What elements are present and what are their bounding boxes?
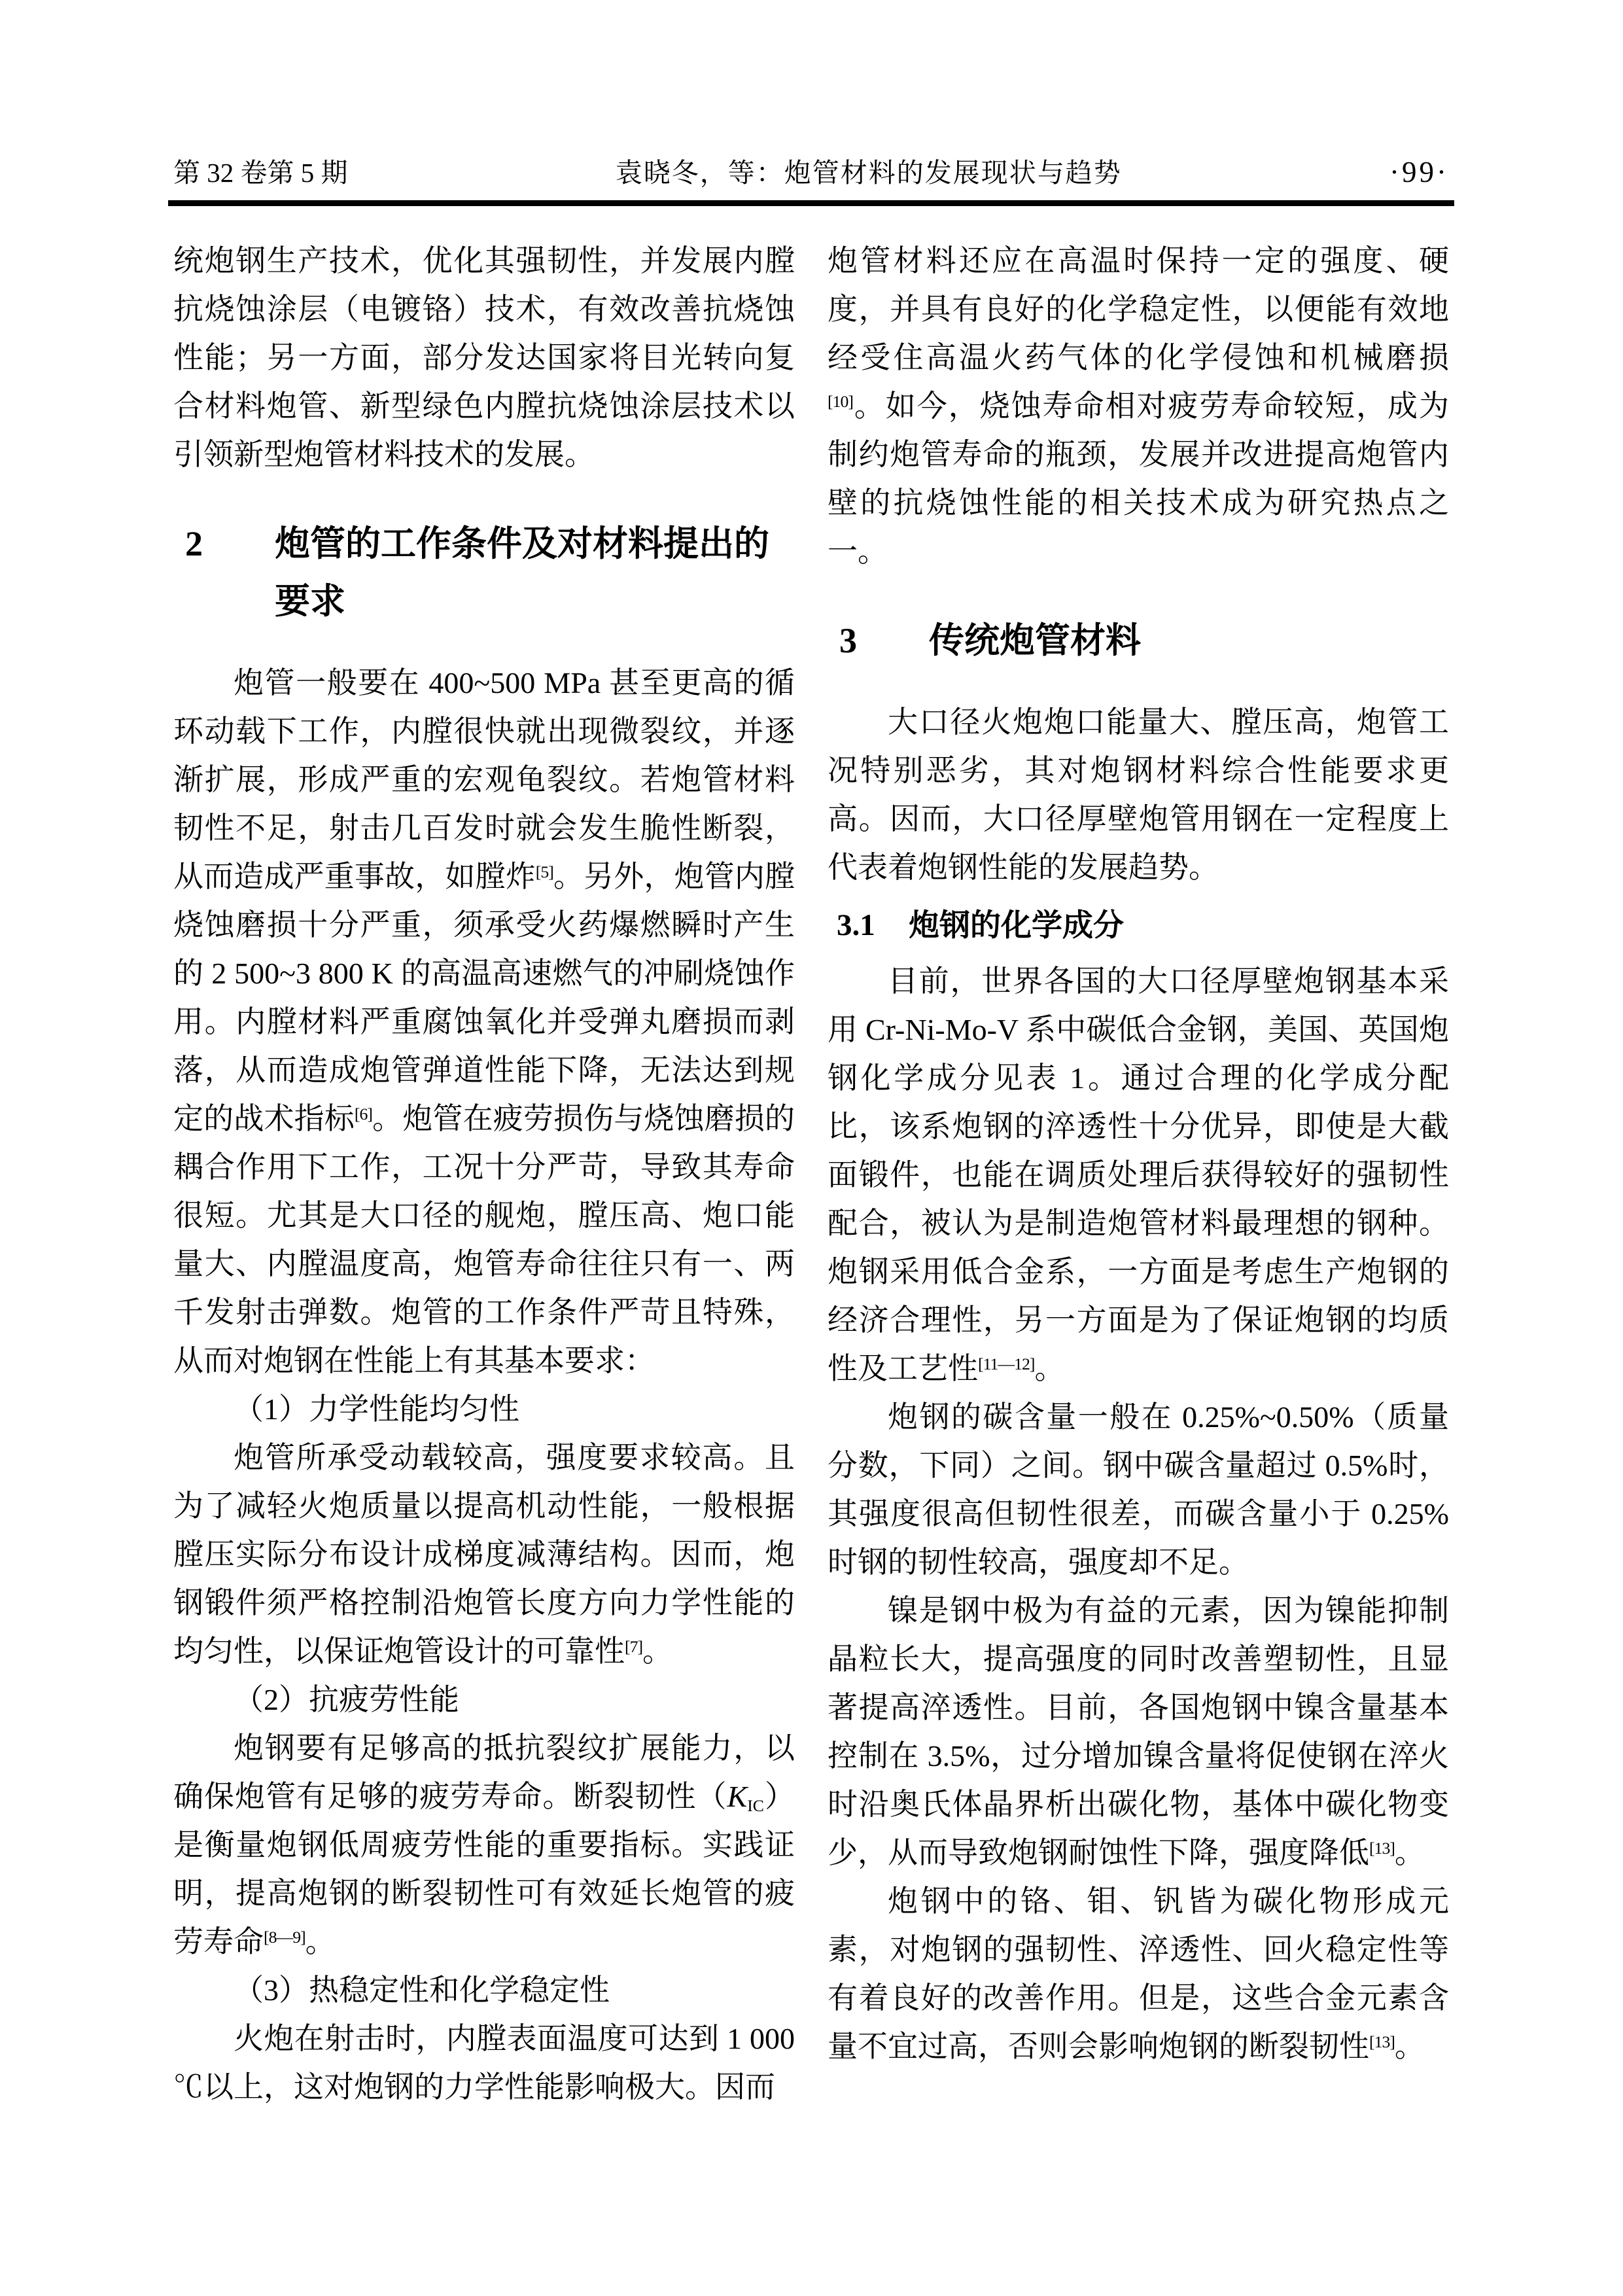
- reference-marker: [8—9]: [264, 1928, 305, 1947]
- subscript-text: IC: [747, 1796, 764, 1815]
- text-run: 。: [642, 1634, 672, 1668]
- reference-marker: [6]: [355, 1104, 372, 1123]
- text-run: 炮管一般要在 400~500 MPa 甚至更高的循环动载下工作，内膛很快就出现微…: [173, 666, 795, 893]
- section-number: 3.1: [828, 902, 909, 948]
- reference-marker: [5]: [536, 862, 553, 881]
- right-column: 炮管材料还应在高温时保持一定的强度、硬度，并具有良好的化学稳定性，以便能有效地经…: [828, 237, 1449, 2071]
- running-title: 袁晓冬，等：炮管材料的发展现状与趋势: [616, 157, 1122, 189]
- paragraph: 炮管一般要在 400~500 MPa 甚至更高的循环动载下工作，内膛很快就出现微…: [173, 659, 795, 1385]
- text-run: 大口径火炮炮口能量大、膛压高，炮管工况特别恶劣，其对炮钢材料综合性能要求更高。因…: [828, 705, 1449, 884]
- section-title: 炮钢的化学成分: [909, 902, 1449, 948]
- text-run: 炮管所承受动载较高，强度要求较高。且为了减轻火炮质量以提高机动性能，一般根据膛压…: [173, 1441, 795, 1668]
- paragraph: 镍是钢中极为有益的元素，因为镍能抑制晶粒长大，提高强度的同时改善塑韧性，且显著提…: [828, 1587, 1449, 1877]
- text-run: 炮管材料还应在高温时保持一定的强度、硬度，并具有良好的化学稳定性，以便能有效地经…: [828, 244, 1449, 374]
- text-run: 传统炮管材料: [929, 621, 1141, 660]
- page-header: 第 32 卷第 5 期 袁晓冬，等：炮管材料的发展现状与趋势 ·99·: [173, 154, 1449, 190]
- text-run: 。: [1395, 1836, 1425, 1869]
- text-run: 。如今，烧蚀寿命相对疲劳寿命较短，成为制约炮管寿命的瓶颈，发展并改进提高炮管内壁…: [828, 389, 1449, 568]
- paragraph: 炮钢的碳含量一般在 0.25%~0.50%（质量分数，下同）之间。钢中碳含量超过…: [828, 1393, 1449, 1587]
- item-heading: （3）热稳定性和化学稳定性: [173, 1966, 795, 2015]
- section-number: 3: [828, 612, 929, 669]
- text-run: 炮钢的碳含量一般在 0.25%~0.50%（质量分数，下同）之间。钢中碳含量超过…: [828, 1400, 1449, 1579]
- text-run: 炮钢中的铬、钼、钒皆为碳化物形成元素，对炮钢的强韧性、淬透性、回火稳定性等有着良…: [828, 1884, 1449, 2063]
- section-heading: 3传统炮管材料: [828, 612, 1449, 669]
- paragraph: 统炮钢生产技术，优化其强韧性，并发展内膛抗烧蚀涂层（电镀铬）技术，有效改善抗烧蚀…: [173, 237, 795, 479]
- text-run: 目前，世界各国的大口径厚壁炮钢基本采用 Cr-Ni-Mo-V 系中碳低合金钢，美…: [828, 964, 1449, 1385]
- section-number: 2: [173, 515, 275, 630]
- reference-marker: [11—12]: [978, 1354, 1034, 1373]
- reference-marker: [7]: [625, 1637, 642, 1656]
- text-run: 炮钢要有足够高的抵抗裂纹扩展能力，以确保炮管有足够的疲劳寿命。断裂韧性（: [173, 1731, 795, 1813]
- journal-volume-issue: 第 32 卷第 5 期: [173, 157, 348, 189]
- text-run: 。: [305, 1925, 336, 1958]
- text-run: 。另外，炮管内膛烧蚀磨损十分严重，须承受火药爆燃瞬时产生的 2 500~3 80…: [173, 860, 795, 1135]
- text-run: 统炮钢生产技术，优化其强韧性，并发展内膛抗烧蚀涂层（电镀铬）技术，有效改善抗烧蚀…: [173, 244, 795, 471]
- paragraph: 炮管所承受动载较高，强度要求较高。且为了减轻火炮质量以提高机动性能，一般根据膛压…: [173, 1434, 795, 1676]
- section-title: 传统炮管材料: [929, 612, 1449, 669]
- text-run: （2）抗疲劳性能: [234, 1683, 459, 1716]
- paragraph: 大口径火炮炮口能量大、膛压高，炮管工况特别恶劣，其对炮钢材料综合性能要求更高。因…: [828, 698, 1449, 892]
- text-run: （3）热稳定性和化学稳定性: [234, 1973, 610, 2007]
- section-title: 炮管的工作条件及对材料提出的要求: [275, 515, 795, 630]
- text-run: 火炮在射击时，内膛表面温度可达到 1 000 ℃以上，这对炮钢的力学性能影响极大…: [173, 2022, 795, 2104]
- journal-page: 第 32 卷第 5 期 袁晓冬，等：炮管材料的发展现状与趋势 ·99· 统炮钢生…: [0, 0, 1623, 2296]
- text-run: 炮钢的化学成分: [909, 908, 1124, 942]
- subsection-heading: 3.1炮钢的化学成分: [828, 902, 1449, 948]
- paragraph: 目前，世界各国的大口径厚壁炮钢基本采用 Cr-Ni-Mo-V 系中碳低合金钢，美…: [828, 957, 1449, 1393]
- text-run: 炮管的工作条件及对材料提出的要求: [275, 524, 769, 621]
- header-divider: [168, 200, 1454, 206]
- reference-marker: [10]: [828, 392, 853, 411]
- text-run: 镍是钢中极为有益的元素，因为镍能抑制晶粒长大，提高强度的同时改善塑韧性，且显著提…: [828, 1594, 1449, 1869]
- text-run: （1）力学性能均匀性: [234, 1392, 519, 1426]
- item-heading: （2）抗疲劳性能: [173, 1676, 795, 1724]
- paragraph: 炮管材料还应在高温时保持一定的强度、硬度，并具有良好的化学稳定性，以便能有效地经…: [828, 237, 1449, 576]
- section-heading: 2炮管的工作条件及对材料提出的要求: [173, 515, 795, 630]
- text-run: 。: [1395, 2030, 1425, 2063]
- page-number: ·99·: [1389, 154, 1449, 190]
- paragraph: 炮钢要有足够高的抵抗裂纹扩展能力，以确保炮管有足够的疲劳寿命。断裂韧性（KIC）…: [173, 1724, 795, 1966]
- item-heading: （1）力学性能均匀性: [173, 1385, 795, 1434]
- paragraph: 火炮在射击时，内膛表面温度可达到 1 000 ℃以上，这对炮钢的力学性能影响极大…: [173, 2015, 795, 2111]
- text-run: 。: [1034, 1352, 1064, 1385]
- left-column: 统炮钢生产技术，优化其强韧性，并发展内膛抗烧蚀涂层（电镀铬）技术，有效改善抗烧蚀…: [173, 237, 795, 2111]
- reference-marker: [13]: [1369, 1839, 1395, 1858]
- reference-marker: [13]: [1369, 2032, 1395, 2051]
- text-run: 。炮管在疲劳损伤与烧蚀磨损的耦合作用下工作，工况十分严苛，导致其寿命很短。尤其是…: [173, 1102, 795, 1377]
- paragraph: 炮钢中的铬、钼、钒皆为碳化物形成元素，对炮钢的强韧性、淬透性、回火稳定性等有着良…: [828, 1877, 1449, 2071]
- italic-symbol: K: [727, 1780, 748, 1813]
